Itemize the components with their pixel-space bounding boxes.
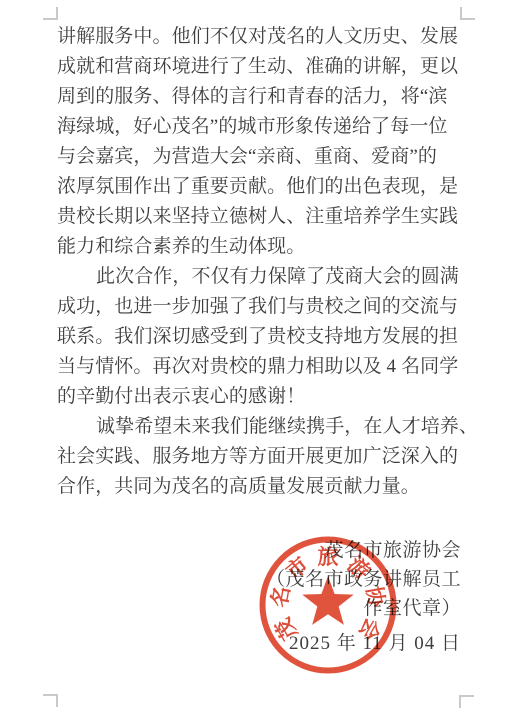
text-line: 与会嘉宾，为营造大会“亲商、重商、爱商”的 xyxy=(57,142,465,172)
letter-body: 讲解服务中。他们不仅对茂名的人文历史、发展成就和营商环境进行了生动、准确的讲解，… xyxy=(57,22,465,502)
crop-mark-bottom-right xyxy=(459,695,474,708)
seal-arc-char: 旅 xyxy=(318,545,339,569)
seal-arc-char: 名 xyxy=(267,584,294,609)
text-line: 贵校长期以来坚持立德树人、注重培养学生实践 xyxy=(57,202,465,232)
text-line: 海绿城，好心茂名”的城市形象传递给了每一位 xyxy=(57,112,465,142)
document-page: 讲解服务中。他们不仅对茂名的人文历史、发展成就和营商环境进行了生动、准确的讲解，… xyxy=(0,0,525,715)
seal-star-icon xyxy=(302,576,353,625)
crop-mark-top-left xyxy=(43,7,58,20)
crop-mark-top-right xyxy=(460,7,475,20)
text-line: 合作，共同为茂名的高质量发展贡献力量。 xyxy=(57,472,465,502)
text-line: 此次合作，不仅有力保障了茂商大会的圆满 xyxy=(57,262,465,292)
text-line: 的辛勤付出表示衷心的感谢！ xyxy=(57,382,465,412)
crop-mark-bottom-left xyxy=(43,694,58,707)
text-line: 讲解服务中。他们不仅对茂名的人文历史、发展 xyxy=(57,22,465,52)
text-line: 当与情怀。再次对贵校的鼎力相助以及 4 名同学 xyxy=(57,352,465,382)
text-line: 社会实践、服务地方等方面开展更加广泛深入的 xyxy=(57,442,465,472)
text-line: 成就和营商环境进行了生动、准确的讲解，更以 xyxy=(57,52,465,82)
text-line: 浓厚氛围作出了重要贡献。他们的出色表现，是 xyxy=(57,172,465,202)
seal-arc-char: 协 xyxy=(362,584,389,610)
text-line: 成功，也进一步加强了我们与贵校之间的交流与 xyxy=(57,292,465,322)
text-line: 能力和综合素养的生动体现。 xyxy=(57,232,465,262)
text-line: 诚挚希望未来我们能继续携手，在人才培养、 xyxy=(57,412,465,442)
official-seal: 茂名市旅游协会 xyxy=(248,525,408,685)
text-line: 联系。我们深切感受到了贵校支持地方发展的担 xyxy=(57,322,465,352)
text-line: 周到的服务、得体的言行和青春的活力，将“滨 xyxy=(57,82,465,112)
